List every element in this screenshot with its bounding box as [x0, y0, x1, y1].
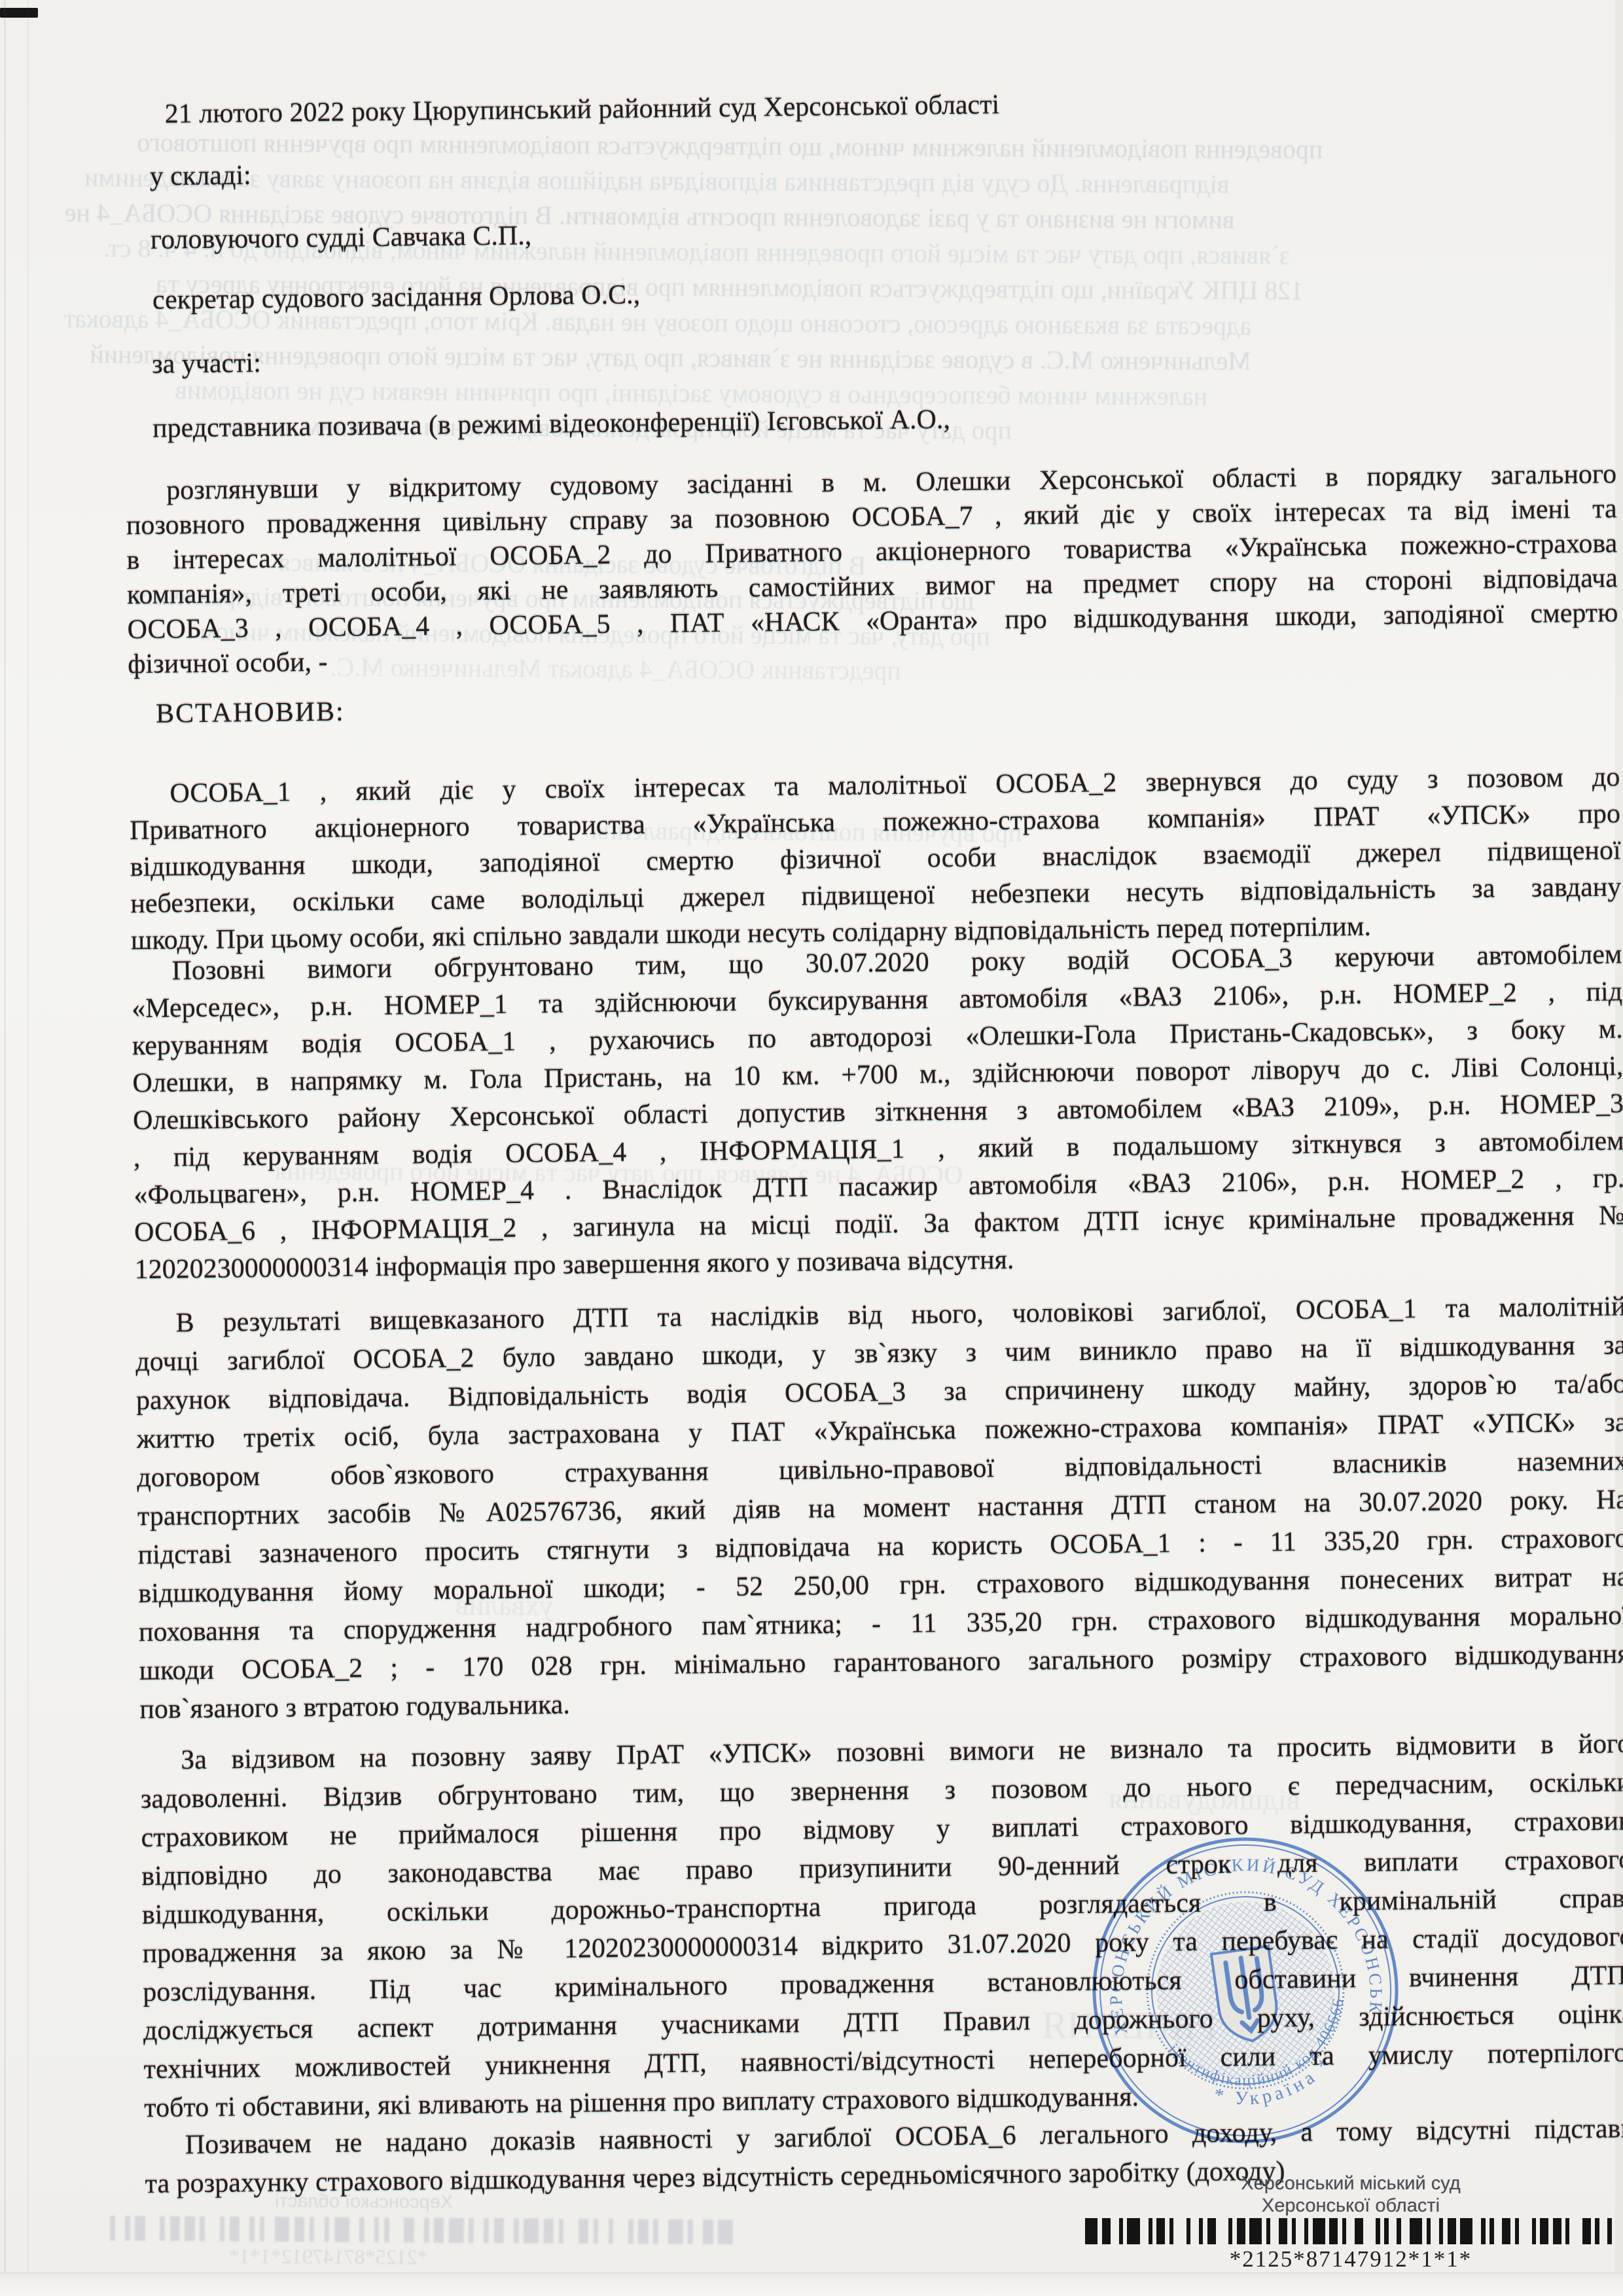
scan-artifact-streak	[4, 0, 6, 2296]
intro-text-line: головуючого судді Савчака С.П.,	[151, 220, 532, 257]
barcode-bar	[1410, 2218, 1422, 2244]
barcode-space	[1140, 2218, 1149, 2244]
barcode-space	[1401, 2218, 1410, 2244]
scanned-court-document-page: проведення повідомлений належним чином, …	[0, 0, 1623, 2296]
barcode-bar	[1502, 2218, 1510, 2244]
barcode-bar	[1582, 2218, 1591, 2244]
barcode-space	[1173, 2218, 1186, 2244]
barcode-bar	[1102, 2218, 1111, 2244]
barcode-bar	[1207, 2218, 1216, 2244]
barcode-space	[1431, 2218, 1439, 2244]
intro-text-line: секретар судового засідання Орлова О.С.,	[152, 279, 641, 317]
barcode-space	[1346, 2218, 1355, 2244]
document-intro: 21 лютого 2022 року Цюрупинський районни…	[0, 0, 1622, 2]
barcode-space	[1519, 2218, 1531, 2244]
barcode-bar	[1355, 2218, 1363, 2244]
scan-artifact-streak	[27, 0, 29, 2296]
barcode-space	[1363, 2218, 1376, 2244]
barcode	[1085, 2218, 1616, 2244]
scan-artifact-bottom-edge	[0, 2272, 1623, 2296]
footer-court-name-line1: Херсонський міський суд	[1187, 2173, 1514, 2195]
barcode-bar	[1460, 2218, 1472, 2244]
footer-court-name-line2: Херсонської області	[1187, 2195, 1514, 2217]
scan-artifact-edge-shade	[1615, 0, 1623, 2296]
barcode-bar	[1448, 2218, 1456, 2244]
barcode-bar	[1329, 2218, 1338, 2244]
barcode-space	[1599, 2218, 1608, 2244]
barcode-caption: *2125*87147912*1*1*	[1085, 2246, 1616, 2272]
intro-text-line: у складі:	[150, 160, 251, 193]
barcode-bar	[1085, 2218, 1097, 2244]
barcode-space	[1389, 2218, 1397, 2244]
barcode-bar	[1237, 2218, 1245, 2244]
paragraph: ОСОБА_1 , який діє у своїх інтересах та …	[129, 759, 1622, 959]
barcode-space	[1270, 2218, 1279, 2244]
barcode-bar	[1540, 2218, 1548, 2244]
barcode-bar	[1313, 2218, 1325, 2244]
barcode-bar	[1127, 2218, 1139, 2244]
barcode-bar	[1156, 2218, 1165, 2244]
barcode-bar	[1249, 2218, 1262, 2244]
barcode-space	[1472, 2218, 1481, 2244]
court-stamp-seal: ХЕРСОНСЬКИЙ МІСЬКИЙ СУД ХЕРСОНСЬКОЇ ОБЛА…	[1068, 1813, 1423, 2168]
barcode-space	[1190, 2218, 1199, 2244]
barcode-bar	[1279, 2218, 1287, 2244]
paragraph: Позовні вимоги обгрунтовано тим, що 30.0…	[131, 936, 1623, 1289]
intro-text-line: 21 лютого 2022 року Цюрупинський районни…	[164, 89, 999, 131]
paragraph: В результаті вищевказаного ДТП та наслід…	[135, 1287, 1623, 1729]
section-heading-vstanoviv: ВСТАНОВИВ:	[156, 696, 345, 730]
barcode-space	[1296, 2218, 1304, 2244]
paragraph: розглянувши у відкритому судовому засіда…	[126, 457, 1618, 682]
intro-text-line: за участі:	[152, 348, 261, 381]
intro-text-line: представника позивача (в режимі відеокон…	[152, 404, 950, 445]
document-paragraphs: розглянувши у відкритому судовому засіда…	[0, 0, 1622, 2]
barcode-bar	[1553, 2218, 1561, 2244]
barcode-space	[1569, 2218, 1582, 2244]
barcode-space	[1111, 2218, 1119, 2244]
barcode-space	[1494, 2218, 1503, 2244]
barcode-space	[1216, 2218, 1228, 2244]
